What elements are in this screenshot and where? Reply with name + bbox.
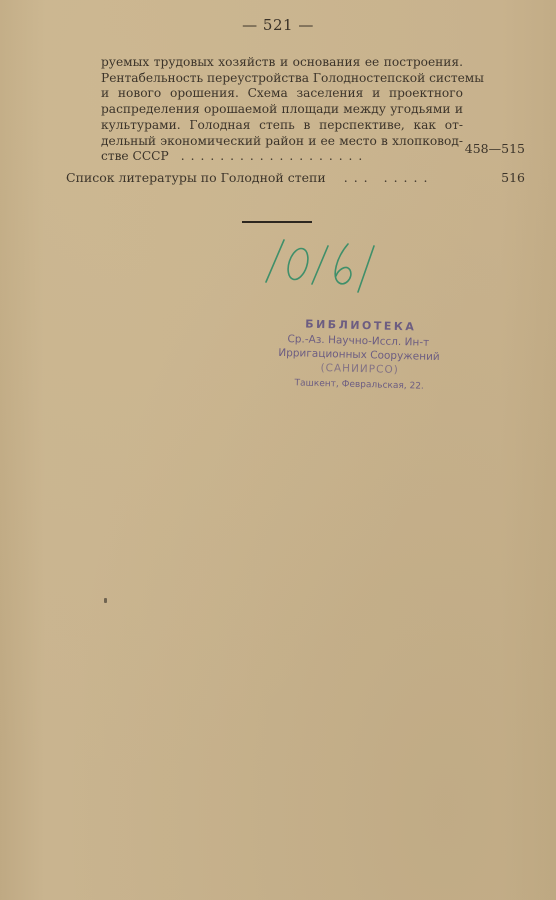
scanned-page: — 521 — руемых трудовых хозяйств и основ… xyxy=(0,0,556,900)
toc-entry-continuation: руемых трудовых хозяйств и основания ее … xyxy=(101,55,463,165)
toc-entry-pages: 458—515 xyxy=(465,141,525,156)
toc-line: распределения орошаемой площади между уг… xyxy=(101,102,463,118)
dot-leader: ... ..... xyxy=(344,170,462,185)
handwritten-number-icon xyxy=(262,236,402,296)
handwritten-inventory-number xyxy=(262,236,402,296)
toc-line: дельный экономический район и ее место в… xyxy=(101,134,463,150)
dot-leader: ................... xyxy=(181,149,459,165)
toc-line: Рентабельность переустройства Голодносте… xyxy=(101,71,463,87)
section-divider-rule xyxy=(242,221,312,223)
paper-speck xyxy=(104,598,107,603)
toc-entry-pages: 516 xyxy=(501,170,525,185)
library-stamp: БИБЛИОТЕКА Ср.-Аз. Научно-Иссл. Ин-т Ирр… xyxy=(269,316,451,396)
toc-entry-title: Список литературы по Голодной степи xyxy=(66,170,326,185)
page-number: — 521 — xyxy=(0,16,556,34)
toc-entry-bibliography: Список литературы по Голодной степи ... … xyxy=(66,170,466,185)
toc-line-last: стве СССР ................... xyxy=(101,149,463,165)
toc-line-text: стве СССР xyxy=(101,149,169,165)
toc-line: руемых трудовых хозяйств и основания ее … xyxy=(101,55,463,71)
toc-line: культурами. Голодная степь в перспективе… xyxy=(101,118,463,134)
toc-line: и нового орошения. Схема заселения и про… xyxy=(101,86,463,102)
